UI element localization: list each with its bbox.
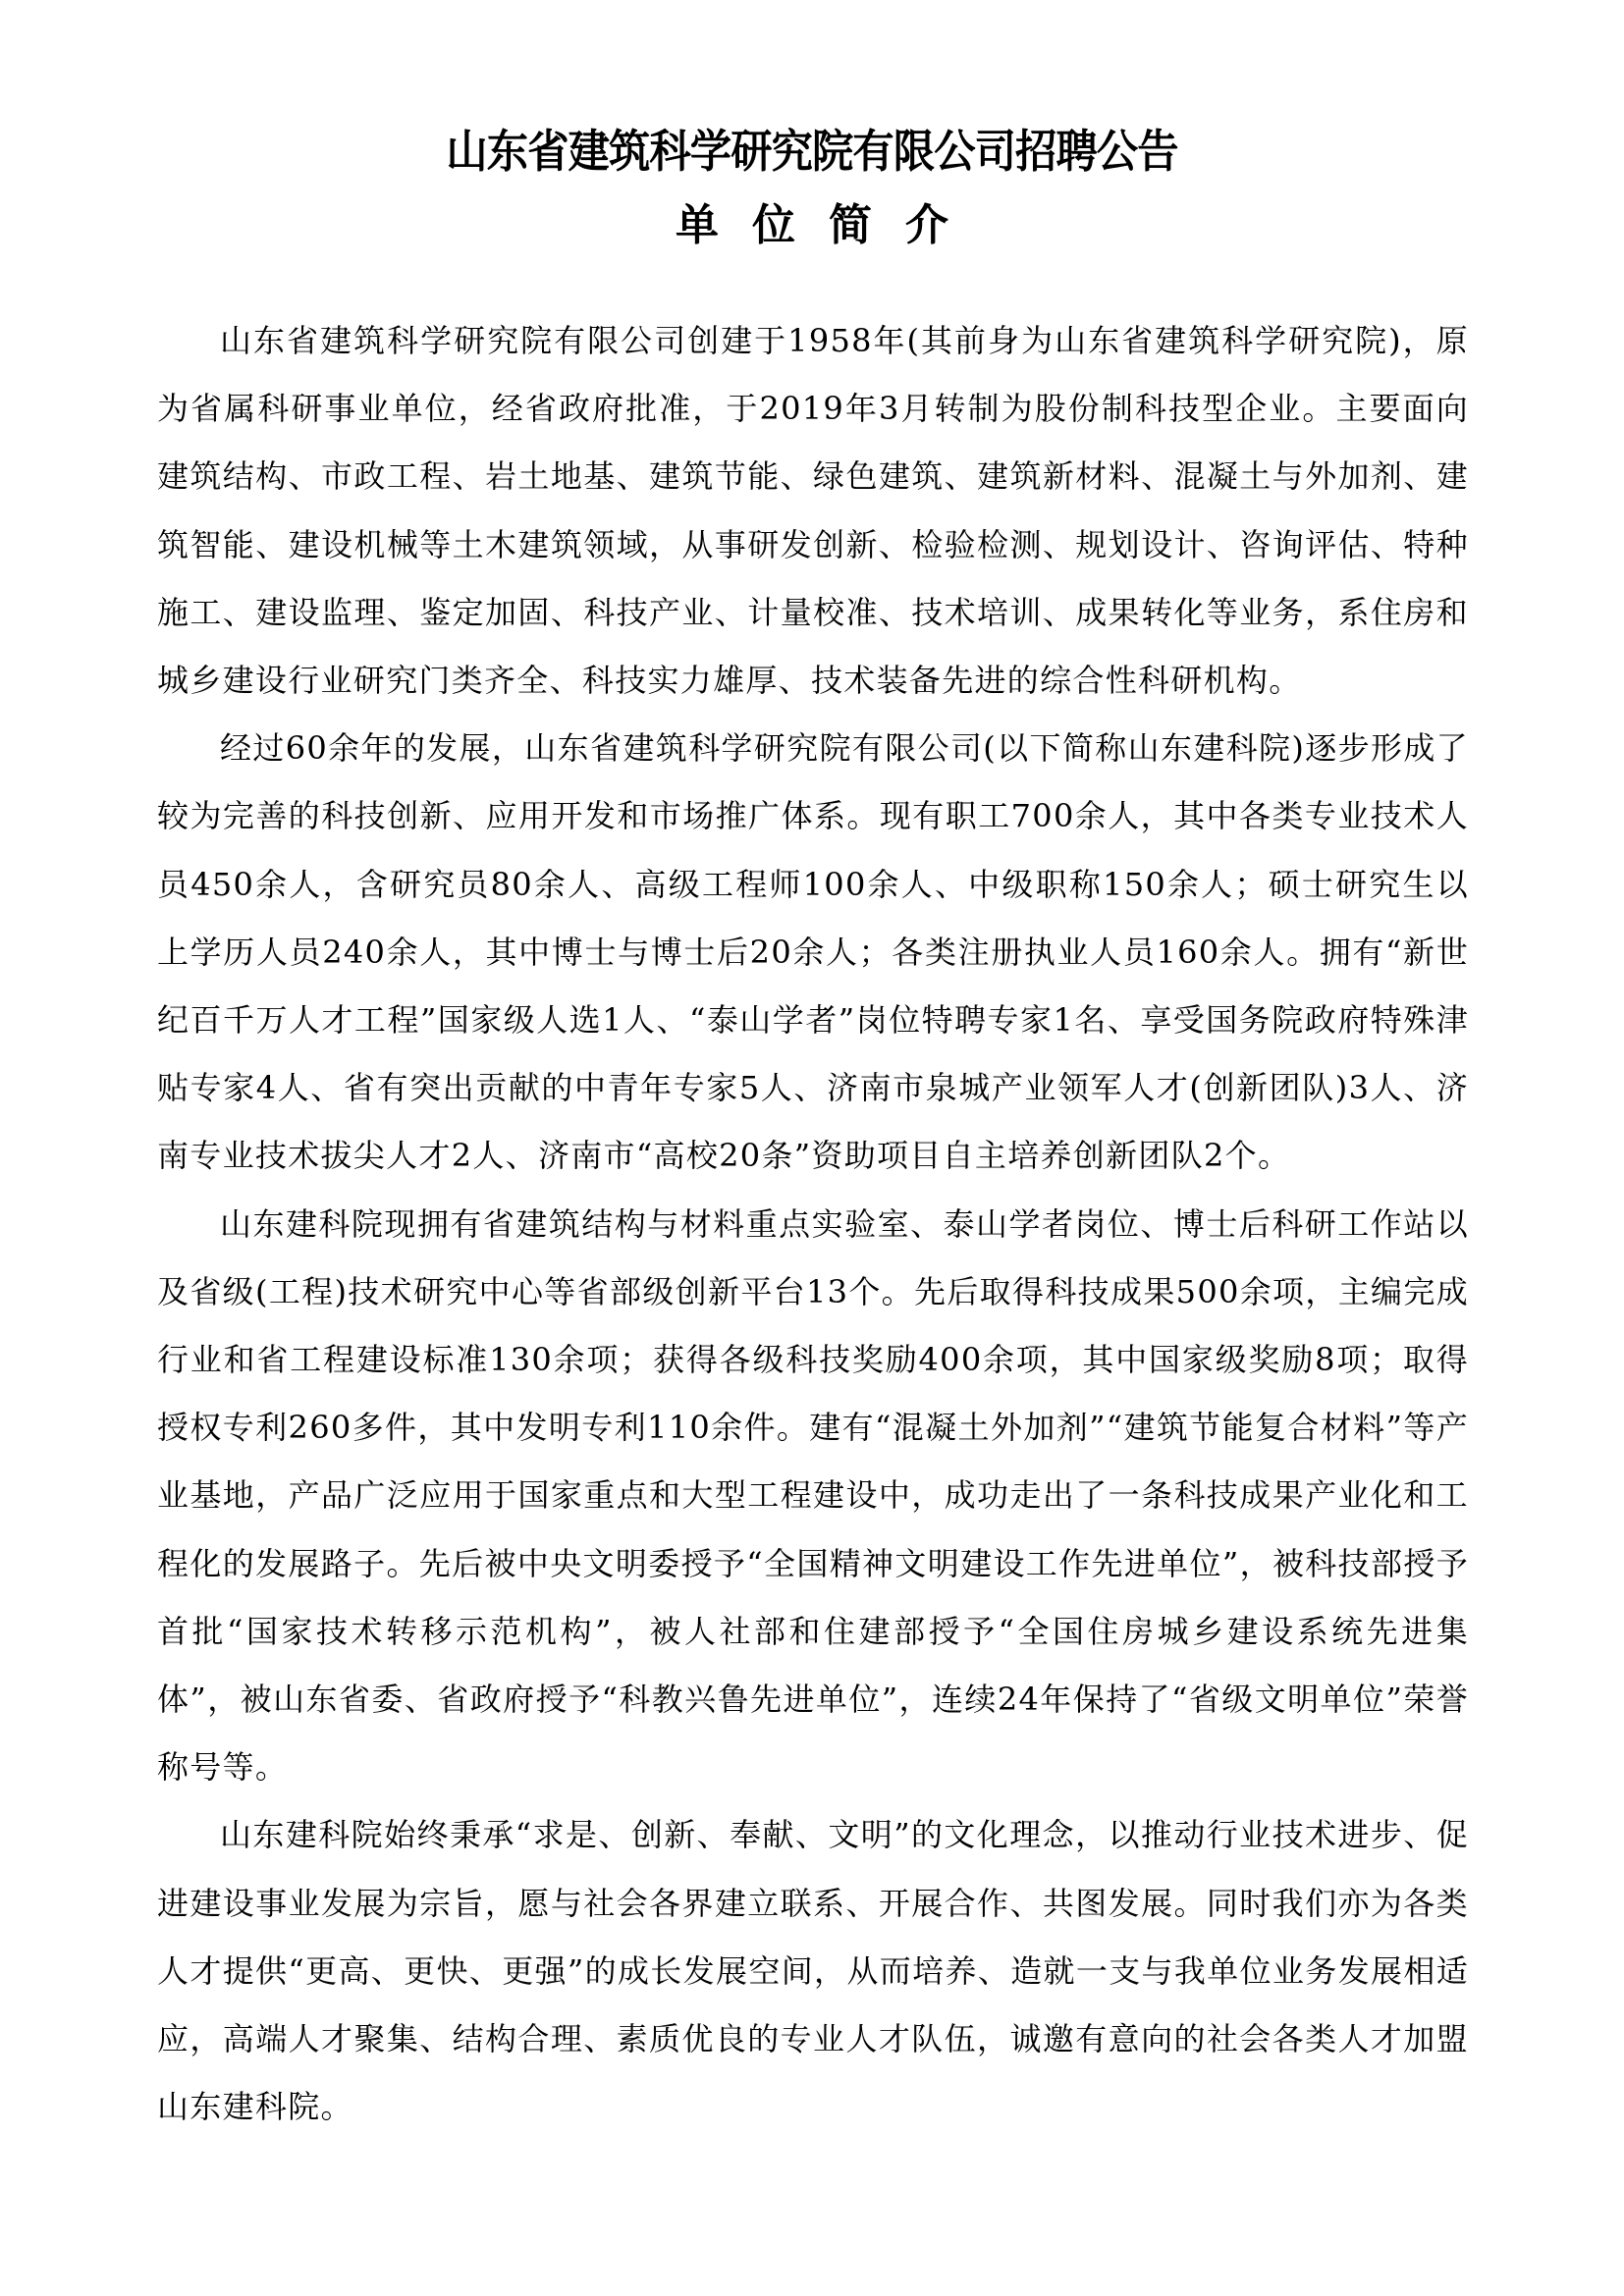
- paragraph-company-overview: 山东省建筑科学研究院有限公司创建于1958年(其前身为山东省建筑科学研究院)，原…: [157, 307, 1469, 715]
- document-title: 山东省建筑科学研究院有限公司招聘公告: [65, 122, 1559, 181]
- paragraph-culture-invitation: 山东建科院始终秉承“求是、创新、奉献、文明”的文化理念，以推动行业技术进步、促进…: [157, 1801, 1469, 2141]
- paragraph-achievements: 山东建科院现拥有省建筑结构与材料重点实验室、泰山学者岗位、博士后科研工作站以及省…: [157, 1191, 1469, 1802]
- section-heading: 单位简介: [0, 196, 1624, 255]
- document-page: 山东省建筑科学研究院有限公司招聘公告 单位简介 山东省建筑科学研究院有限公司创建…: [0, 0, 1624, 2296]
- paragraph-staff-talent: 经过60余年的发展，山东省建筑科学研究院有限公司(以下简称山东建科院)逐步形成了…: [157, 715, 1469, 1190]
- document-body: 山东省建筑科学研究院有限公司创建于1958年(其前身为山东省建筑科学研究院)，原…: [157, 307, 1469, 2141]
